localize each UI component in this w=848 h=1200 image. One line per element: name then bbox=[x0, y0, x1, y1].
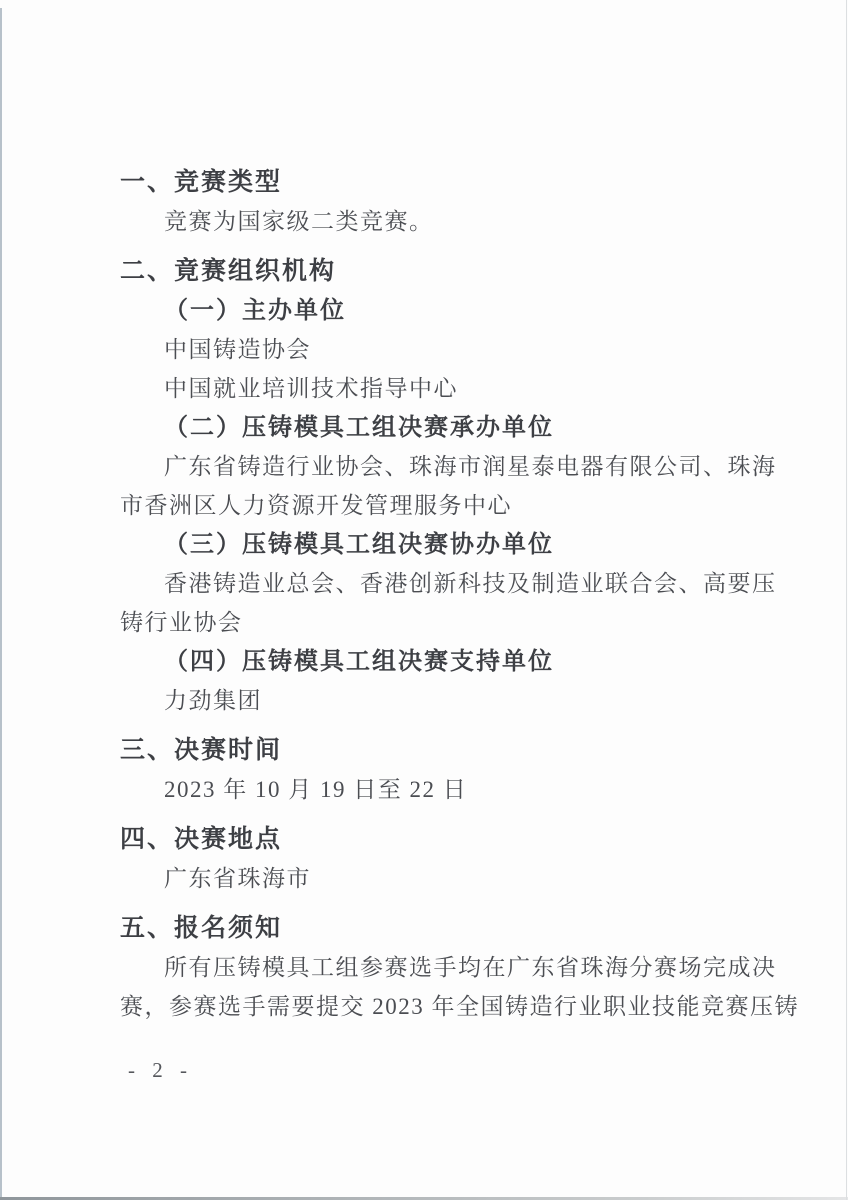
text-registration-line-1: 所有压铸模具工组参赛选手均在广东省珠海分赛场完成决 bbox=[120, 948, 738, 987]
text-co-organizers-line-1: 香港铸造业总会、香港创新科技及制造业联合会、高要压 bbox=[120, 564, 738, 603]
scan-edge-right bbox=[846, 0, 847, 1200]
text-undertaking-units-line-1: 广东省铸造行业协会、珠海市润星泰电器有限公司、珠海 bbox=[120, 447, 738, 486]
subheading-supporting-units: （四）压铸模具工组决赛支持单位 bbox=[120, 642, 738, 681]
text-supporting-unit: 力劲集团 bbox=[120, 681, 738, 720]
text-host-unit-2: 中国就业培训技术指导中心 bbox=[120, 369, 738, 408]
heading-competition-type: 一、竞赛类型 bbox=[120, 163, 738, 202]
text-undertaking-units-line-2: 市香洲区人力资源开发管理服务中心 bbox=[120, 486, 738, 525]
heading-final-time: 三、决赛时间 bbox=[120, 731, 738, 770]
text-final-location: 广东省珠海市 bbox=[120, 859, 738, 898]
heading-organization: 二、竟赛组织机构 bbox=[120, 252, 738, 291]
text-co-organizers-line-2: 铸行业协会 bbox=[120, 603, 738, 642]
subheading-co-organizers: （三）压铸模具工组决赛协办单位 bbox=[120, 525, 738, 564]
heading-registration-notice: 五、报名须知 bbox=[120, 909, 738, 948]
scan-edge-left bbox=[0, 8, 2, 1200]
text-host-unit-1: 中国铸造协会 bbox=[120, 330, 738, 369]
text-registration-line-2: 赛，参赛选手需要提交 2023 年全国铸造行业职业技能竞赛压铸 bbox=[120, 987, 738, 1026]
text-competition-level: 竞赛为国家级二类竞赛。 bbox=[120, 202, 738, 241]
page-number: - 2 - bbox=[128, 1058, 193, 1083]
document-content: 一、竞赛类型 竞赛为国家级二类竞赛。 二、竟赛组织机构 （一）主办单位 中国铸造… bbox=[120, 163, 738, 1026]
subheading-undertaking-units: （二）压铸模具工组决赛承办单位 bbox=[120, 408, 738, 447]
subheading-host-units: （一）主办单位 bbox=[120, 291, 738, 330]
text-final-time: 2023 年 10 月 19 日至 22 日 bbox=[120, 770, 738, 809]
scanned-document-page: 一、竞赛类型 竞赛为国家级二类竞赛。 二、竟赛组织机构 （一）主办单位 中国铸造… bbox=[0, 0, 848, 1200]
heading-final-location: 四、决赛地点 bbox=[120, 820, 738, 859]
